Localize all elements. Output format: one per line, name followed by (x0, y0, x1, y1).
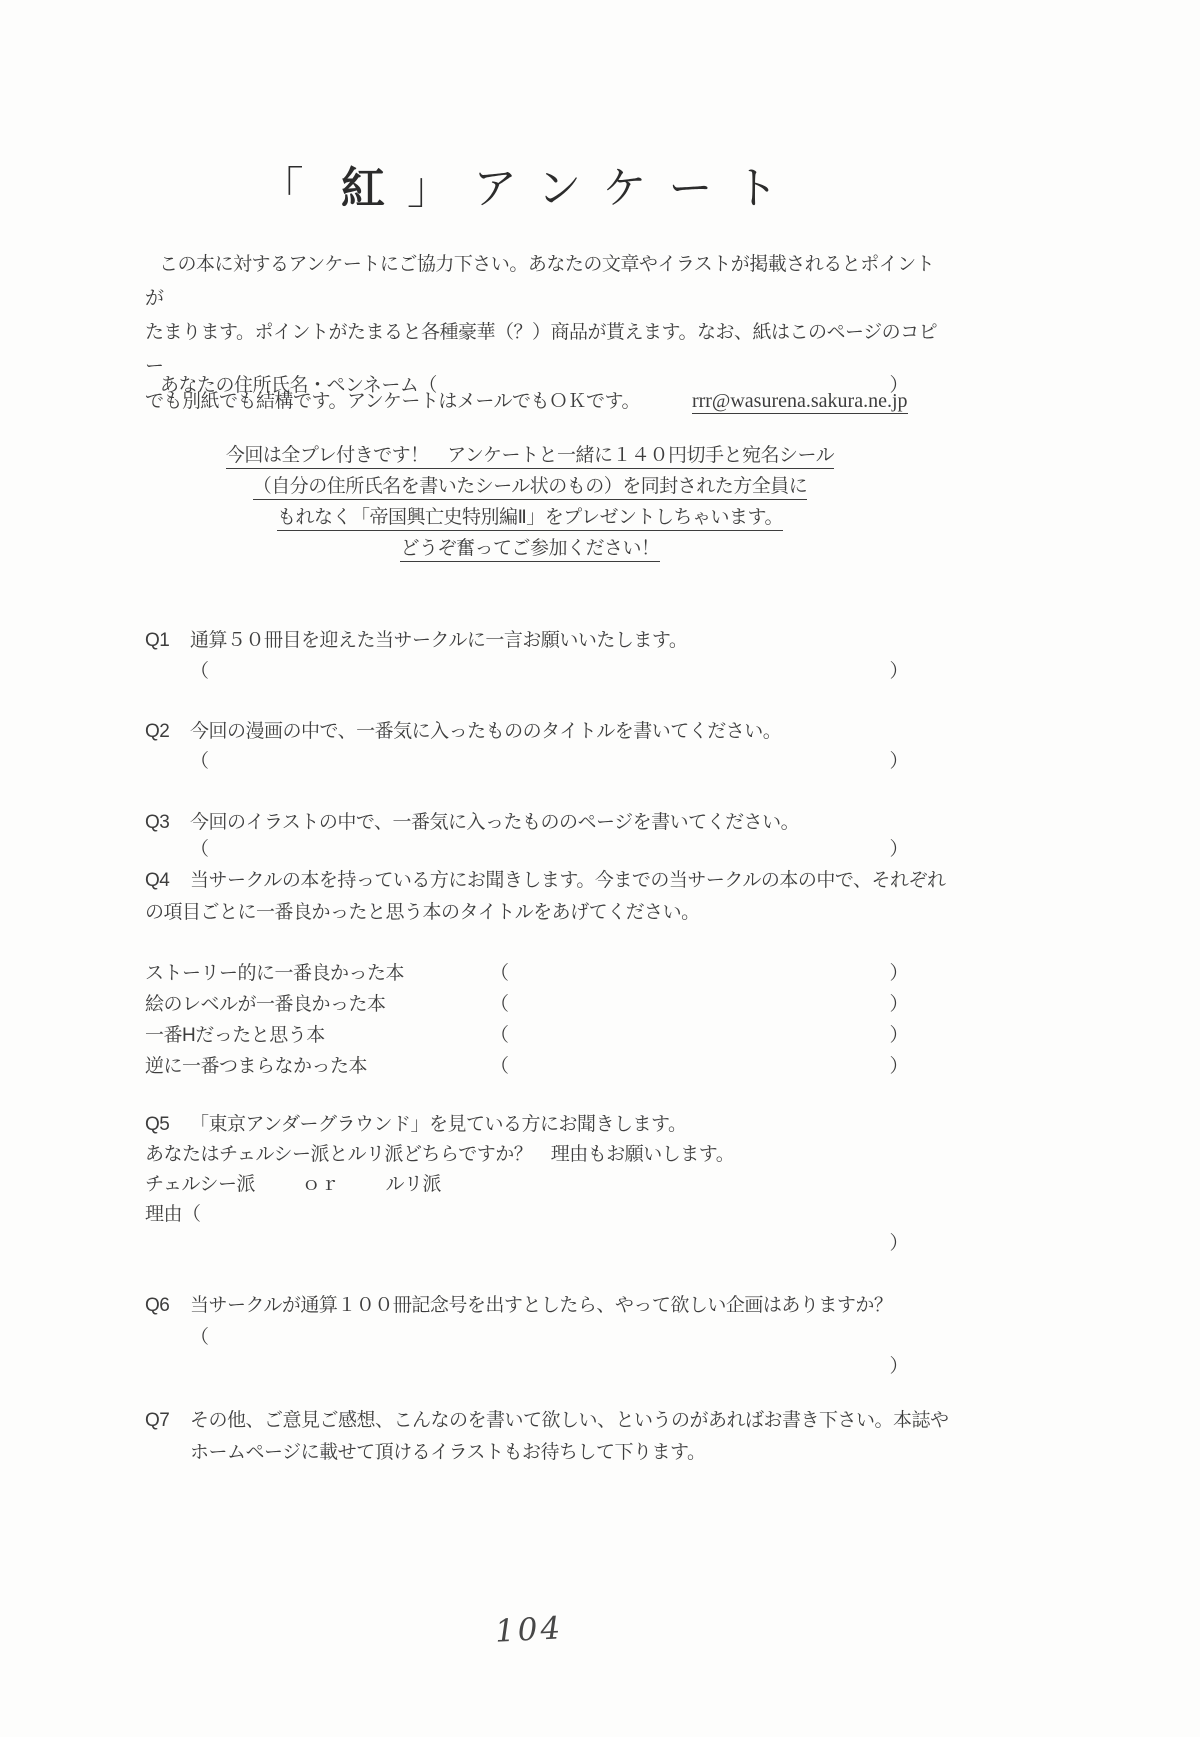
q1-number: Q1 (145, 626, 190, 656)
announcement-line-1: 今回は全プレ付きです！ アンケートと一緒に１４０円切手と宛名シール (145, 440, 915, 471)
q7-number: Q7 (145, 1406, 190, 1436)
question-q3: Q3 今回のイラストの中で、一番気に入ったもののページを書いてください。 (145, 808, 945, 838)
open-paren: （ (490, 990, 509, 1020)
title-open-bracket: 「 (260, 164, 326, 213)
close-paren: ） (889, 836, 908, 864)
title-rest: アンケート (473, 164, 800, 213)
question-q2: Q2 今回の漫画の中で、一番気に入ったもののタイトルを書いてください。 (145, 717, 945, 747)
open-paren: （ (490, 959, 509, 989)
q7-text-line-1: その他、ご意見ご感想、こんなのを書いて欲しい、というのがあればお書き下さい。本誌… (190, 1406, 949, 1436)
name-field-row: あなたの住所氏名・ペンネーム（ ） (160, 371, 908, 401)
questionnaire-page: 「紅」アンケート この本に対するアンケートにご協力下さい。あなたの文章やイラスト… (0, 0, 1200, 1737)
q4-number: Q4 (145, 866, 190, 896)
open-paren: （ (490, 1052, 509, 1082)
q4-item-label: 一番Hだったと思う本 (145, 1021, 490, 1051)
q5-option-chelsea: チェルシー派 (145, 1174, 255, 1195)
q3-answer-area: （ ） (190, 836, 908, 864)
q5-text-line-1: 「東京アンダーグラウンド」を見ている方にお聞きします。 (190, 1110, 686, 1140)
name-field-label: あなたの住所氏名・ペンネーム（ (160, 371, 437, 401)
title-close-bracket: 」 (407, 164, 473, 213)
question-q6: Q6 当サークルが通算１００冊記念号を出すとしたら、やって欲しい企画はありますか… (145, 1291, 945, 1321)
question-q7: Q7 その他、ご意見ご感想、こんなのを書いて欲しい、というのがあればお書き下さい… (145, 1406, 945, 1436)
close-paren: ） (889, 1233, 908, 1254)
q4-item-label: ストーリー的に一番良かった本 (145, 959, 490, 989)
announcement-line-4-text: どうぞ奮ってご参加ください！ (400, 538, 659, 562)
intro-line-1: この本に対するアンケートにご協力下さい。あなたの文章やイラストが掲載されるとポイ… (145, 248, 945, 316)
q5-text-line-2: あなたはチェルシー派とルリ派どちらですか？ 理由もお願いします。 (145, 1140, 945, 1170)
q6-answer-open: （ (190, 1323, 950, 1353)
q5-or-label: ｏｒ (302, 1174, 339, 1195)
announcement-line-2: （自分の住所氏名を書いたシール状のもの）を同封された方全員に (145, 471, 915, 502)
q4-item-story: ストーリー的に一番良かった本 （ ） (145, 959, 908, 989)
q4-item-label: 逆に一番つまらなかった本 (145, 1052, 490, 1082)
q4-text-line-1: 当サークルの本を持っている方にお聞きします。今までの当サークルの本の中で、それぞ… (190, 866, 945, 896)
q2-text: 今回の漫画の中で、一番気に入ったもののタイトルを書いてください。 (190, 717, 781, 747)
q5-number: Q5 (145, 1110, 190, 1140)
question-q4: Q4 当サークルの本を持っている方にお聞きします。今までの当サークルの本の中で、… (145, 866, 945, 896)
announcement-line-3-text: もれなく「帝国興亡史特別編Ⅱ」をプレゼントしちゃいます。 (277, 507, 783, 531)
q4-text-line-2: の項目ごとに一番良かったと思う本のタイトルをあげてください。 (145, 898, 945, 928)
open-paren: （ (190, 1327, 209, 1348)
q4-item-h: 一番Hだったと思う本 （ ） (145, 1021, 908, 1051)
q6-text: 当サークルが通算１００冊記念号を出すとしたら、やって欲しい企画はありますか？ (190, 1291, 892, 1321)
announcement-line-3: もれなく「帝国興亡史特別編Ⅱ」をプレゼントしちゃいます。 (145, 502, 915, 533)
q2-answer-area: （ ） (190, 748, 908, 776)
announcement-line-4: どうぞ奮ってご参加ください！ (145, 533, 915, 564)
q5-reason-label: 理由（ (145, 1200, 945, 1230)
open-paren: （ (190, 748, 209, 776)
open-paren: （ (190, 658, 209, 686)
q1-answer-area: （ ） (190, 658, 908, 686)
q1-text: 通算５０冊目を迎えた当サークルに一言お願いいたします。 (190, 626, 687, 656)
q5-option-ruri: ルリ派 (386, 1174, 442, 1195)
q3-number: Q3 (145, 808, 190, 838)
close-paren: ） (889, 1356, 908, 1377)
question-q5: Q5 「東京アンダーグラウンド」を見ている方にお聞きします。 (145, 1110, 945, 1140)
q4-item-boring: 逆に一番つまらなかった本 （ ） (145, 1052, 908, 1082)
q6-number: Q6 (145, 1291, 190, 1321)
close-paren: ） (889, 748, 908, 776)
q5-answer-close: ） (190, 1230, 908, 1258)
close-paren: ） (889, 959, 908, 989)
name-field-close-paren: ） (889, 371, 908, 401)
close-paren: ） (889, 990, 908, 1020)
announcement-line-2-text: （自分の住所氏名を書いたシール状のもの）を同封された方全員に (253, 476, 808, 500)
q3-text: 今回のイラストの中で、一番気に入ったもののページを書いてください。 (190, 808, 799, 838)
announcement-line-1-text: 今回は全プレ付きです！ アンケートと一緒に１４０円切手と宛名シール (226, 445, 834, 469)
present-announcement: 今回は全プレ付きです！ アンケートと一緒に１４０円切手と宛名シール （自分の住所… (145, 440, 915, 564)
q2-number: Q2 (145, 717, 190, 747)
close-paren: ） (889, 1052, 908, 1082)
close-paren: ） (889, 1021, 908, 1051)
q4-item-art: 絵のレベルが一番良かった本 （ ） (145, 990, 908, 1020)
open-paren: （ (490, 1021, 509, 1051)
page-number: 104 (494, 1610, 564, 1650)
close-paren: ） (889, 658, 908, 686)
q7-text-line-2: ホームページに載せて頂けるイラストもお待ちして下ります。 (190, 1438, 950, 1468)
title-emphasis: 紅 (341, 164, 407, 213)
open-paren: （ (190, 836, 209, 864)
q5-options-row: チェルシー派 ｏｒ ルリ派 (145, 1170, 945, 1200)
question-q1: Q1 通算５０冊目を迎えた当サークルに一言お願いいたします。 (145, 626, 945, 656)
q6-answer-close: ） (190, 1353, 908, 1381)
page-title: 「紅」アンケート (145, 152, 915, 216)
q4-item-label: 絵のレベルが一番良かった本 (145, 990, 490, 1020)
